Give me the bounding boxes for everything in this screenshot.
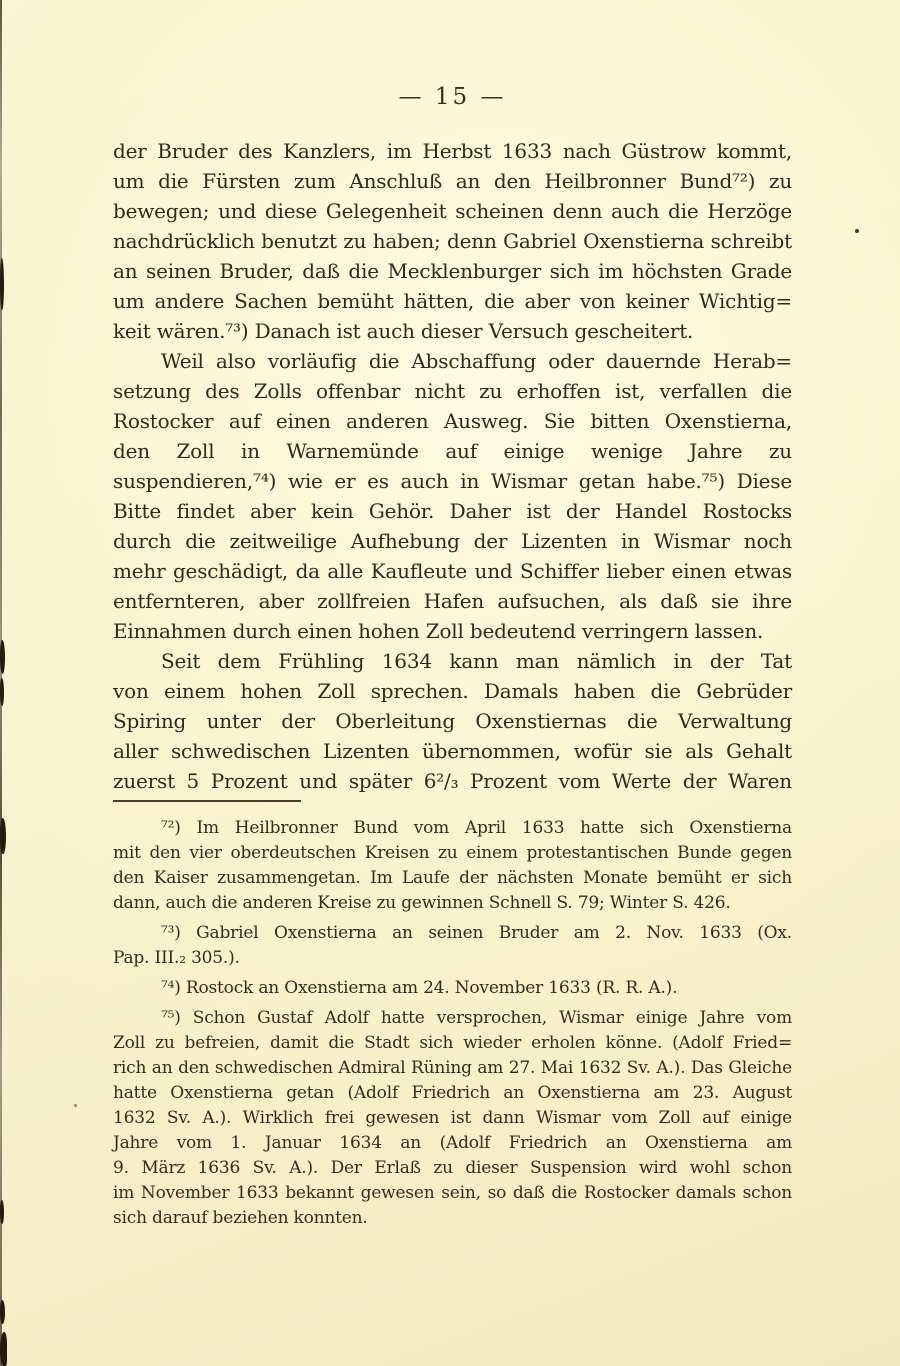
text-line: mit den vier oberdeutschen Kreisen zu ei… [113,841,792,866]
text-line: Spiring unter der Oberleitung Oxenstiern… [113,706,792,736]
text-line: Zoll zu befreien, damit die Stadt sich w… [113,1031,792,1056]
text-line: ⁷⁵) Schon Gustaf Adolf hatte versprochen… [113,1006,792,1031]
text-line: um andere Sachen bemüht hätten, die aber… [113,286,792,316]
ink-speck [855,229,859,233]
body-paragraph: Seit dem Frühling 1634 kann man nämlich … [113,646,792,796]
text-line: Pap. III.₂ 305.). [113,946,792,971]
text-line: nachdrücklich benutzt zu haben; denn Gab… [113,226,792,256]
scanned-book-page: — 15 — der Bruder des Kanzlers, im Herbs… [0,0,900,1366]
text-line: entfernteren, aber zollfreien Hafen aufs… [113,586,792,616]
scan-artifact [0,640,5,674]
text-line: von einem hohen Zoll sprechen. Damals ha… [113,676,792,706]
text-line: Seit dem Frühling 1634 kann man nämlich … [113,646,792,676]
text-line: an seinen Bruder, daß die Mecklenburger … [113,256,792,286]
text-line: zuerst 5 Prozent und später 6²/₃ Prozent… [113,766,792,796]
text-line: sich darauf beziehen konnten. [113,1206,792,1231]
text-line: keit wären.⁷³) Danach ist auch dieser Ve… [113,316,792,346]
text-line: Jahre vom 1. Januar 1634 an (Adolf Fried… [113,1131,792,1156]
scan-artifact [0,678,4,706]
text-line: 1632 Sv. A.). Wirklich frei gewesen ist … [113,1106,792,1131]
scan-artifact [0,1332,7,1366]
text-line: rich an den schwedischen Admiral Rüning … [113,1056,792,1081]
text-line: den Zoll in Warnemünde auf einige wenige… [113,436,792,466]
body-paragraph: Weil also vorläufig die Abschaffung oder… [113,346,792,646]
text-line: suspendieren,⁷⁴) wie er es auch in Wisma… [113,466,792,496]
footnote-separator-rule [113,800,301,802]
text-line: ⁷³) Gabriel Oxenstierna an seinen Bruder… [113,921,792,946]
text-line: 9. März 1636 Sv. A.). Der Erlaß zu diese… [113,1156,792,1181]
text-line: Weil also vorläufig die Abschaffung oder… [113,346,792,376]
text-line: Rostocker auf einen anderen Ausweg. Sie … [113,406,792,436]
text-line: dann, auch die anderen Kreise zu gewinne… [113,891,792,916]
footnote-74: ⁷⁴) Rostock an Oxenstierna am 24. Novemb… [113,976,792,1001]
text-line: ⁷²) Im Heilbronner Bund vom April 1633 h… [113,816,792,841]
text-line: aller schwedischen Lizenten übernommen, … [113,736,792,766]
main-text: der Bruder des Kanzlers, im Herbst 1633 … [113,136,792,796]
text-line: bewegen; und diese Gelegenheit scheinen … [113,196,792,226]
text-line: den Kaiser zusammengetan. Im Laufe der n… [113,866,792,891]
ink-speck [74,1104,77,1107]
scan-artifact [0,1200,4,1224]
footnotes-section: ⁷²) Im Heilbronner Bund vom April 1633 h… [113,816,792,1236]
text-line: durch die zeitweilige Aufhebung der Lize… [113,526,792,556]
text-line: um die Fürsten zum Anschluß an den Heilb… [113,166,792,196]
text-line: setzung des Zolls offenbar nicht zu erho… [113,376,792,406]
text-line: ⁷⁴) Rostock an Oxenstierna am 24. Novemb… [113,976,792,1001]
footnote-75: ⁷⁵) Schon Gustaf Adolf hatte versprochen… [113,1006,792,1231]
footnote-72: ⁷²) Im Heilbronner Bund vom April 1633 h… [113,816,792,916]
body-paragraph-continuation: der Bruder des Kanzlers, im Herbst 1633 … [113,136,792,346]
text-line: mehr geschädigt, da alle Kaufleute und S… [113,556,792,586]
text-line: der Bruder des Kanzlers, im Herbst 1633 … [113,136,792,166]
page-number: — 15 — [113,84,792,110]
footnote-73: ⁷³) Gabriel Oxenstierna an seinen Bruder… [113,921,792,971]
scan-artifact [0,1300,5,1324]
text-line: im November 1633 bekannt gewesen sein, s… [113,1181,792,1206]
scan-artifact [0,818,6,854]
text-line: Einnahmen durch einen hohen Zoll bedeute… [113,616,792,646]
scan-artifact [0,258,4,310]
text-line: hatte Oxenstierna getan (Adolf Friedrich… [113,1081,792,1106]
text-line: Bitte findet aber kein Gehör. Daher ist … [113,496,792,526]
